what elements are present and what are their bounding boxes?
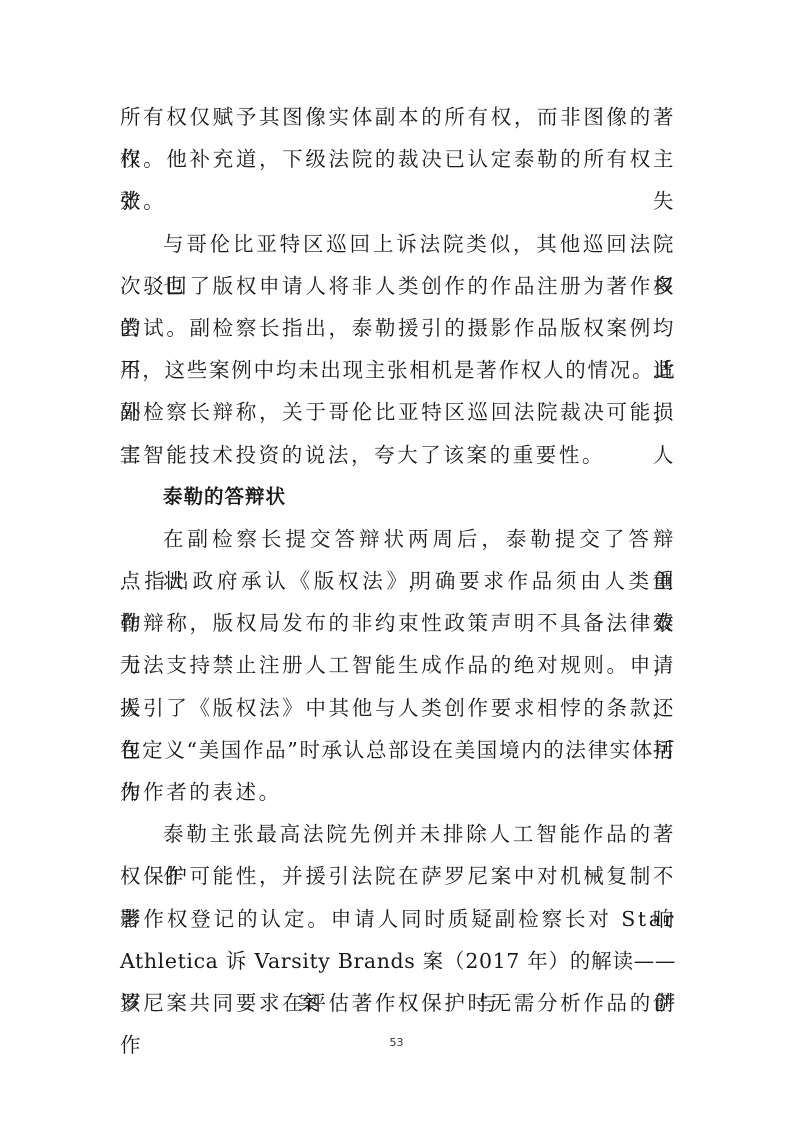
paragraph-taylor-reply: 在副检察长提交答辩状两周后，泰勒提交了答辩状，重 点指出政府承认《版权法》明确要… bbox=[120, 518, 676, 813]
text-line: 著作权登记的认定。申请人同时质疑副检察长对 Star bbox=[120, 898, 676, 940]
page-number: 53 bbox=[0, 1036, 793, 1049]
text-line: 工智能技术投资的说法，夸大了该案的重要性。 bbox=[120, 434, 676, 476]
section-heading: 泰勒的答辩状 bbox=[120, 476, 676, 518]
text-line: 尝试。副检察长指出，泰勒援引的摄影作品版权案例均不适 bbox=[120, 307, 676, 349]
text-line: 在副检察长提交答辩状两周后，泰勒提交了答辩状，重 bbox=[120, 518, 676, 560]
text-line: Athletica 诉 Varsity Brands 案（2017 年）的解读—… bbox=[120, 940, 676, 982]
paragraph-other-circuits: 与哥伦比亚特区巡回上诉法院类似，其他巡回法院也多 次驳回了版权申请人将非人类创作… bbox=[120, 223, 676, 476]
text-line: 无法支持禁止注册人工智能生成作品的绝对规则。申请人还 bbox=[120, 644, 676, 686]
text-line: 次驳回了版权申请人将非人类创作的作品注册为著作权的 bbox=[120, 265, 676, 307]
text-line: 援引了《版权法》中其他与人类创作要求相悖的条款，包括 bbox=[120, 687, 676, 729]
text-line: 权。他补充道，下级法院的裁决已认定泰勒的所有权主张失 bbox=[120, 138, 676, 180]
text-line: 泰勒主张最高法院先例并未排除人工智能作品的著作 bbox=[120, 813, 676, 855]
text-line: 勒辩称，版权局发布的非约束性政策声明不具备法律效力， bbox=[120, 602, 676, 644]
text-line: 为作者的表述。 bbox=[120, 771, 676, 813]
text-line: 副检察长辩称，关于哥伦比亚特区巡回法院裁决可能损害人 bbox=[120, 391, 676, 433]
text-line: 在定义“美国作品”时承认总部设在美国境内的法律实体可作 bbox=[120, 729, 676, 771]
text-line: 点指出政府承认《版权法》明确要求作品须由人类创作。泰 bbox=[120, 560, 676, 602]
heading-text: 泰勒的答辩状 bbox=[120, 476, 676, 518]
text-line: 权保护可能性，并援引法院在萨罗尼案中对机械复制不影响 bbox=[120, 855, 676, 897]
document-page: 所有权仅赋予其图像实体副本的所有权，而非图像的著作 权。他补充道，下级法院的裁决… bbox=[0, 0, 793, 1122]
text-line: 用，这些案例中均未出现主张相机是著作权人的情况。此外， bbox=[120, 349, 676, 391]
paragraph-continuation: 所有权仅赋予其图像实体副本的所有权，而非图像的著作 权。他补充道，下级法院的裁决… bbox=[120, 96, 676, 223]
text-line: 罗尼案共同要求在评估著作权保护时无需分析作品的创作 bbox=[120, 982, 676, 1024]
paragraph-supreme-court-precedent: 泰勒主张最高法院先例并未排除人工智能作品的著作 权保护可能性，并援引法院在萨罗尼… bbox=[120, 813, 676, 1024]
text-line: 与哥伦比亚特区巡回上诉法院类似，其他巡回法院也多 bbox=[120, 223, 676, 265]
text-line: 所有权仅赋予其图像实体副本的所有权，而非图像的著作 bbox=[120, 96, 676, 138]
page-body: 所有权仅赋予其图像实体副本的所有权，而非图像的著作 权。他补充道，下级法院的裁决… bbox=[120, 96, 676, 1024]
